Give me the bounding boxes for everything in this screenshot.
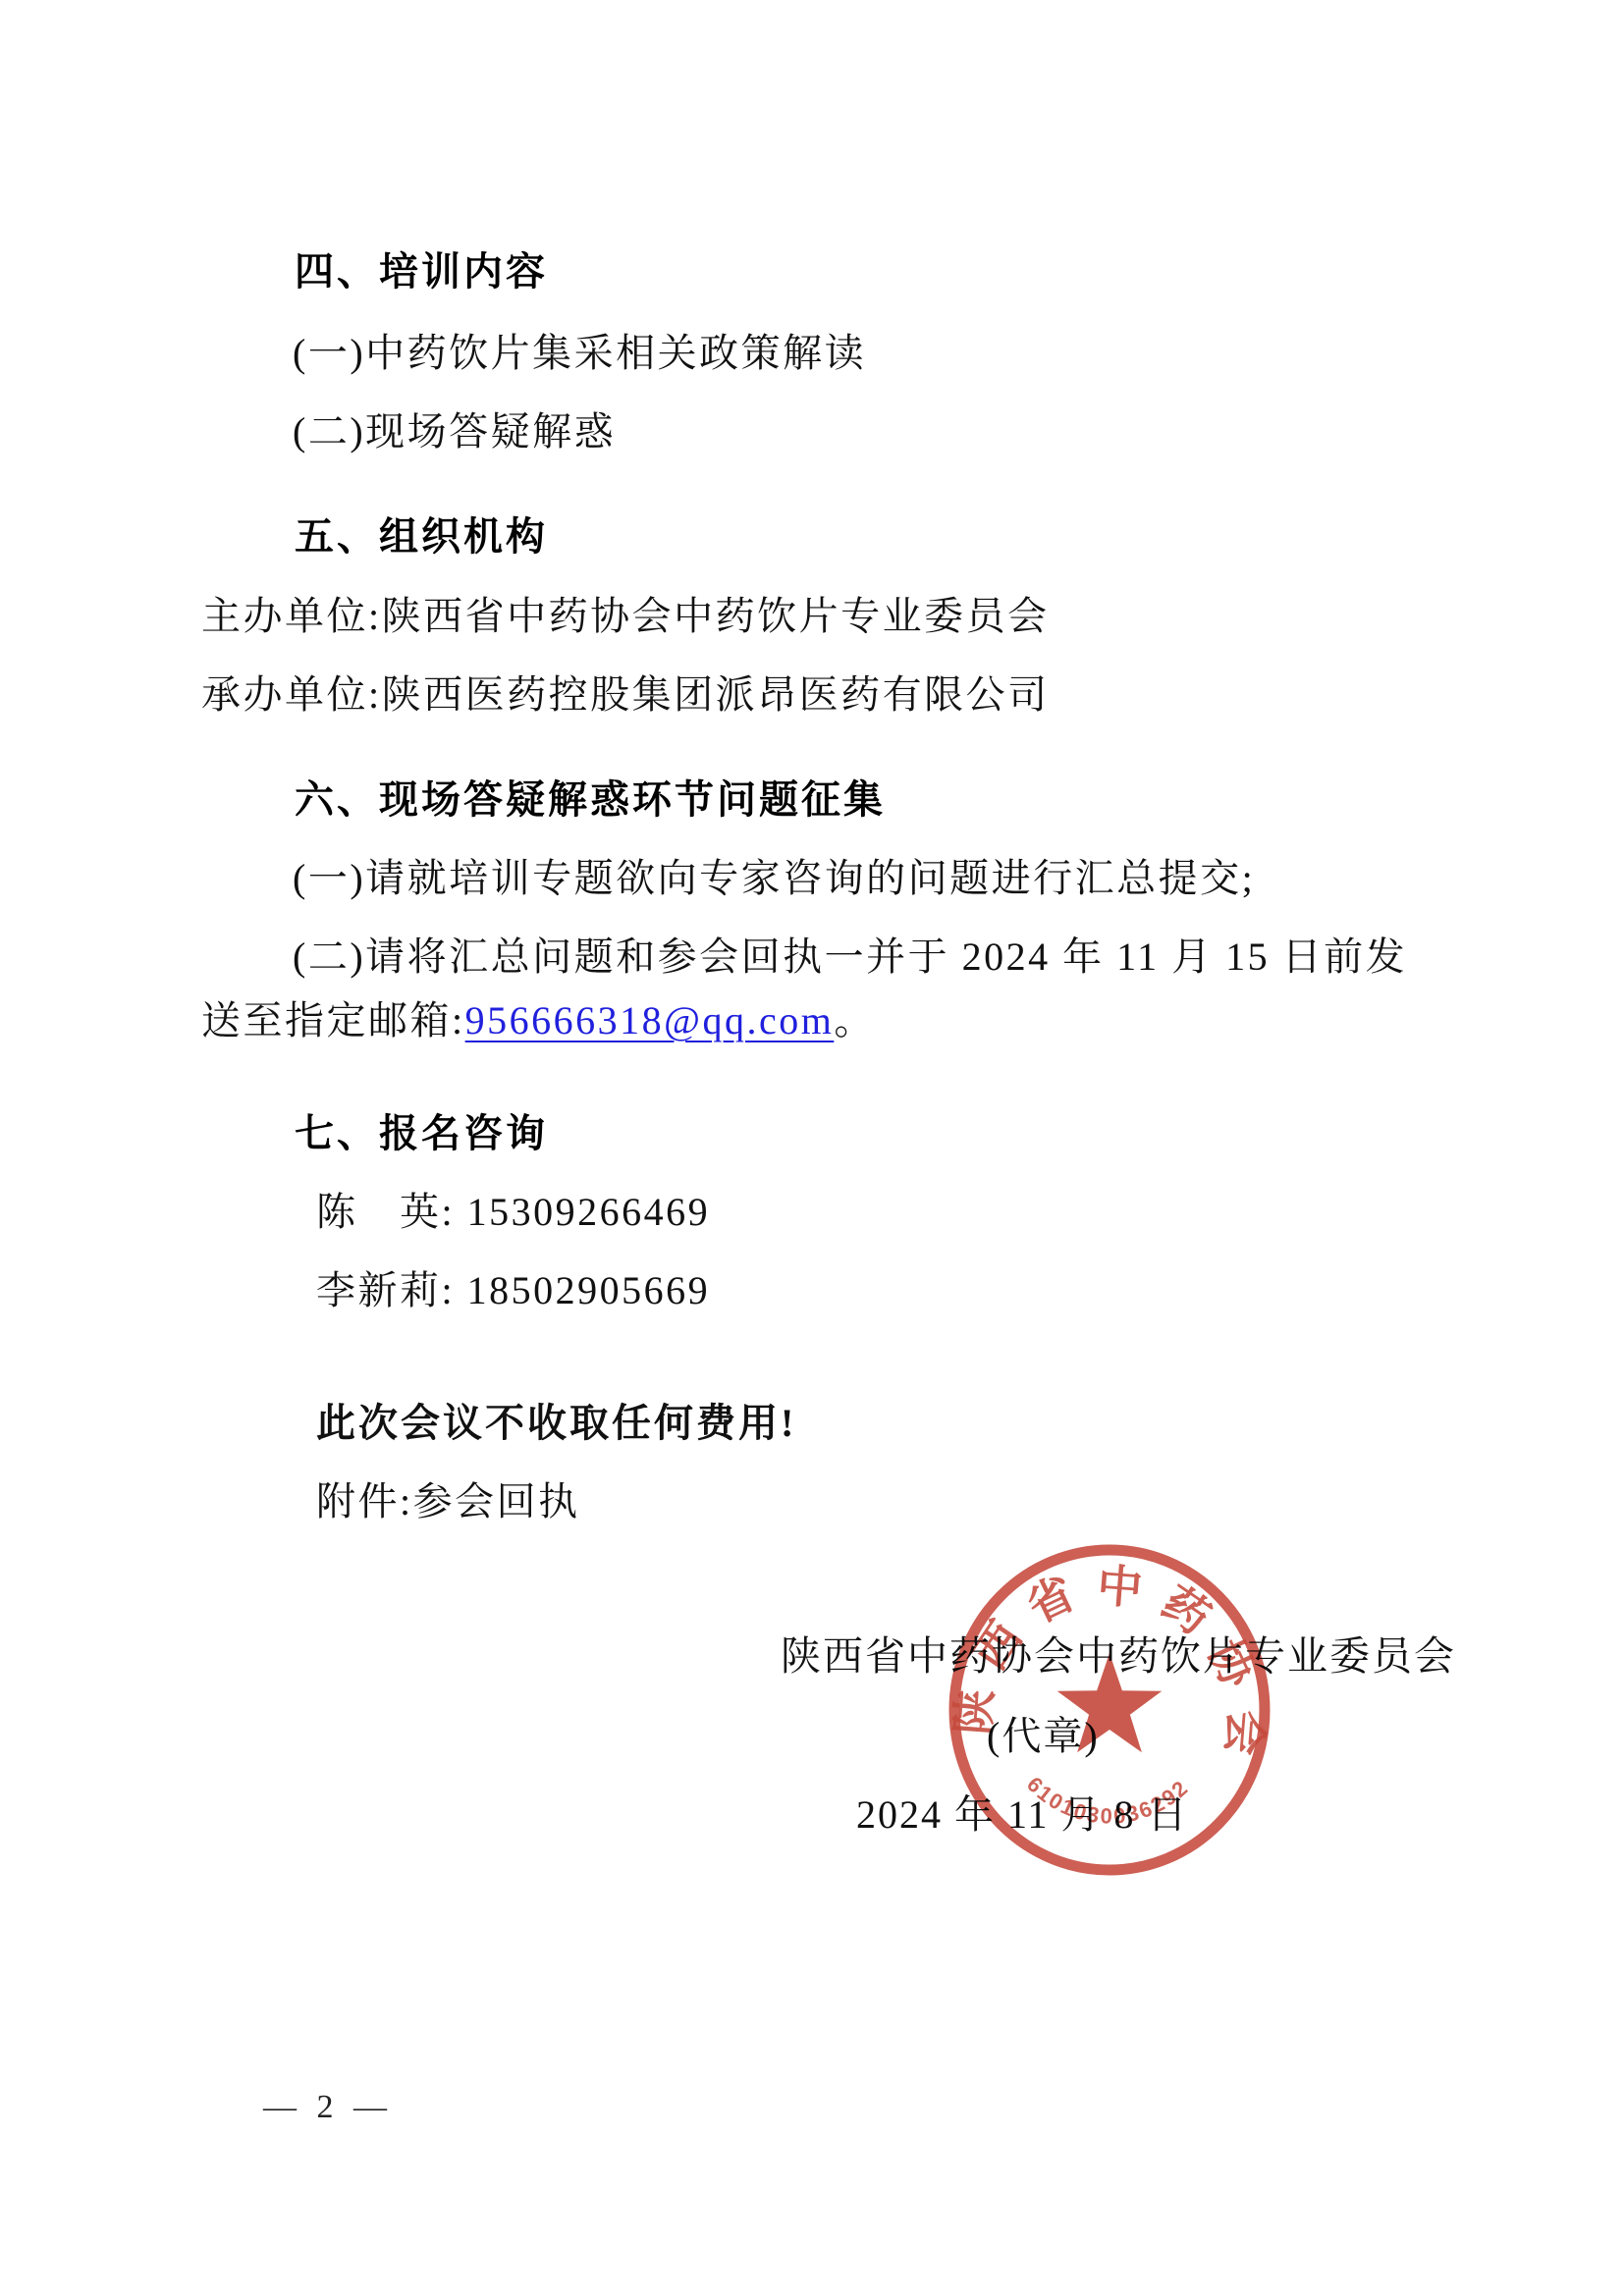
free-of-charge-notice: 此次会议不收取任何费用!: [316, 1399, 796, 1448]
page-number: — 2 —: [263, 2087, 393, 2129]
contact-li-xinli: 李新莉: 18502905669: [316, 1266, 710, 1315]
signature-stamp-note: (代章): [987, 1712, 1100, 1761]
section6-heading: 六、现场答疑解惑环节问题征集: [295, 775, 886, 825]
email-link[interactable]: 956666318@qq.com: [465, 998, 835, 1042]
section5-organizer: 承办单位:陕西医药控股集团派昂医药有限公司: [201, 670, 1050, 720]
section5-host: 主办单位:陕西省中药协会中药饮片专业委员会: [201, 592, 1050, 641]
section6-item2-line2: 送至指定邮箱:956666318@qq.com。: [201, 996, 876, 1045]
sentence-end: 。: [834, 998, 876, 1042]
section5-heading: 五、组织机构: [295, 512, 548, 561]
section6-item2-line1: (二)请将汇总问题和参会回执一并于 2024 年 11 月 15 日前发: [293, 933, 1407, 982]
section6-item1: (一)请就培训专题欲向专家咨询的问题进行汇总提交;: [293, 854, 1255, 903]
signature-org: 陕西省中药协会中药饮片专业委员会: [781, 1631, 1456, 1682]
signature-date: 2024 年 11 月 8 日: [856, 1790, 1189, 1840]
attachment-note: 附件:参会回执: [316, 1477, 580, 1526]
section4-item1: (一)中药饮片集采相关政策解读: [293, 329, 866, 378]
section7-heading: 七、报名咨询: [295, 1109, 548, 1158]
section4-item2: (二)现场答疑解惑: [293, 407, 616, 456]
document-page: 四、培训内容 (一)中药饮片集采相关政策解读 (二)现场答疑解惑 五、组织机构 …: [0, 0, 1624, 2296]
section4-heading: 四、培训内容: [295, 247, 548, 296]
email-label: 送至指定邮箱:: [201, 998, 465, 1042]
contact-chen-ying: 陈 英: 15309266469: [316, 1188, 710, 1237]
